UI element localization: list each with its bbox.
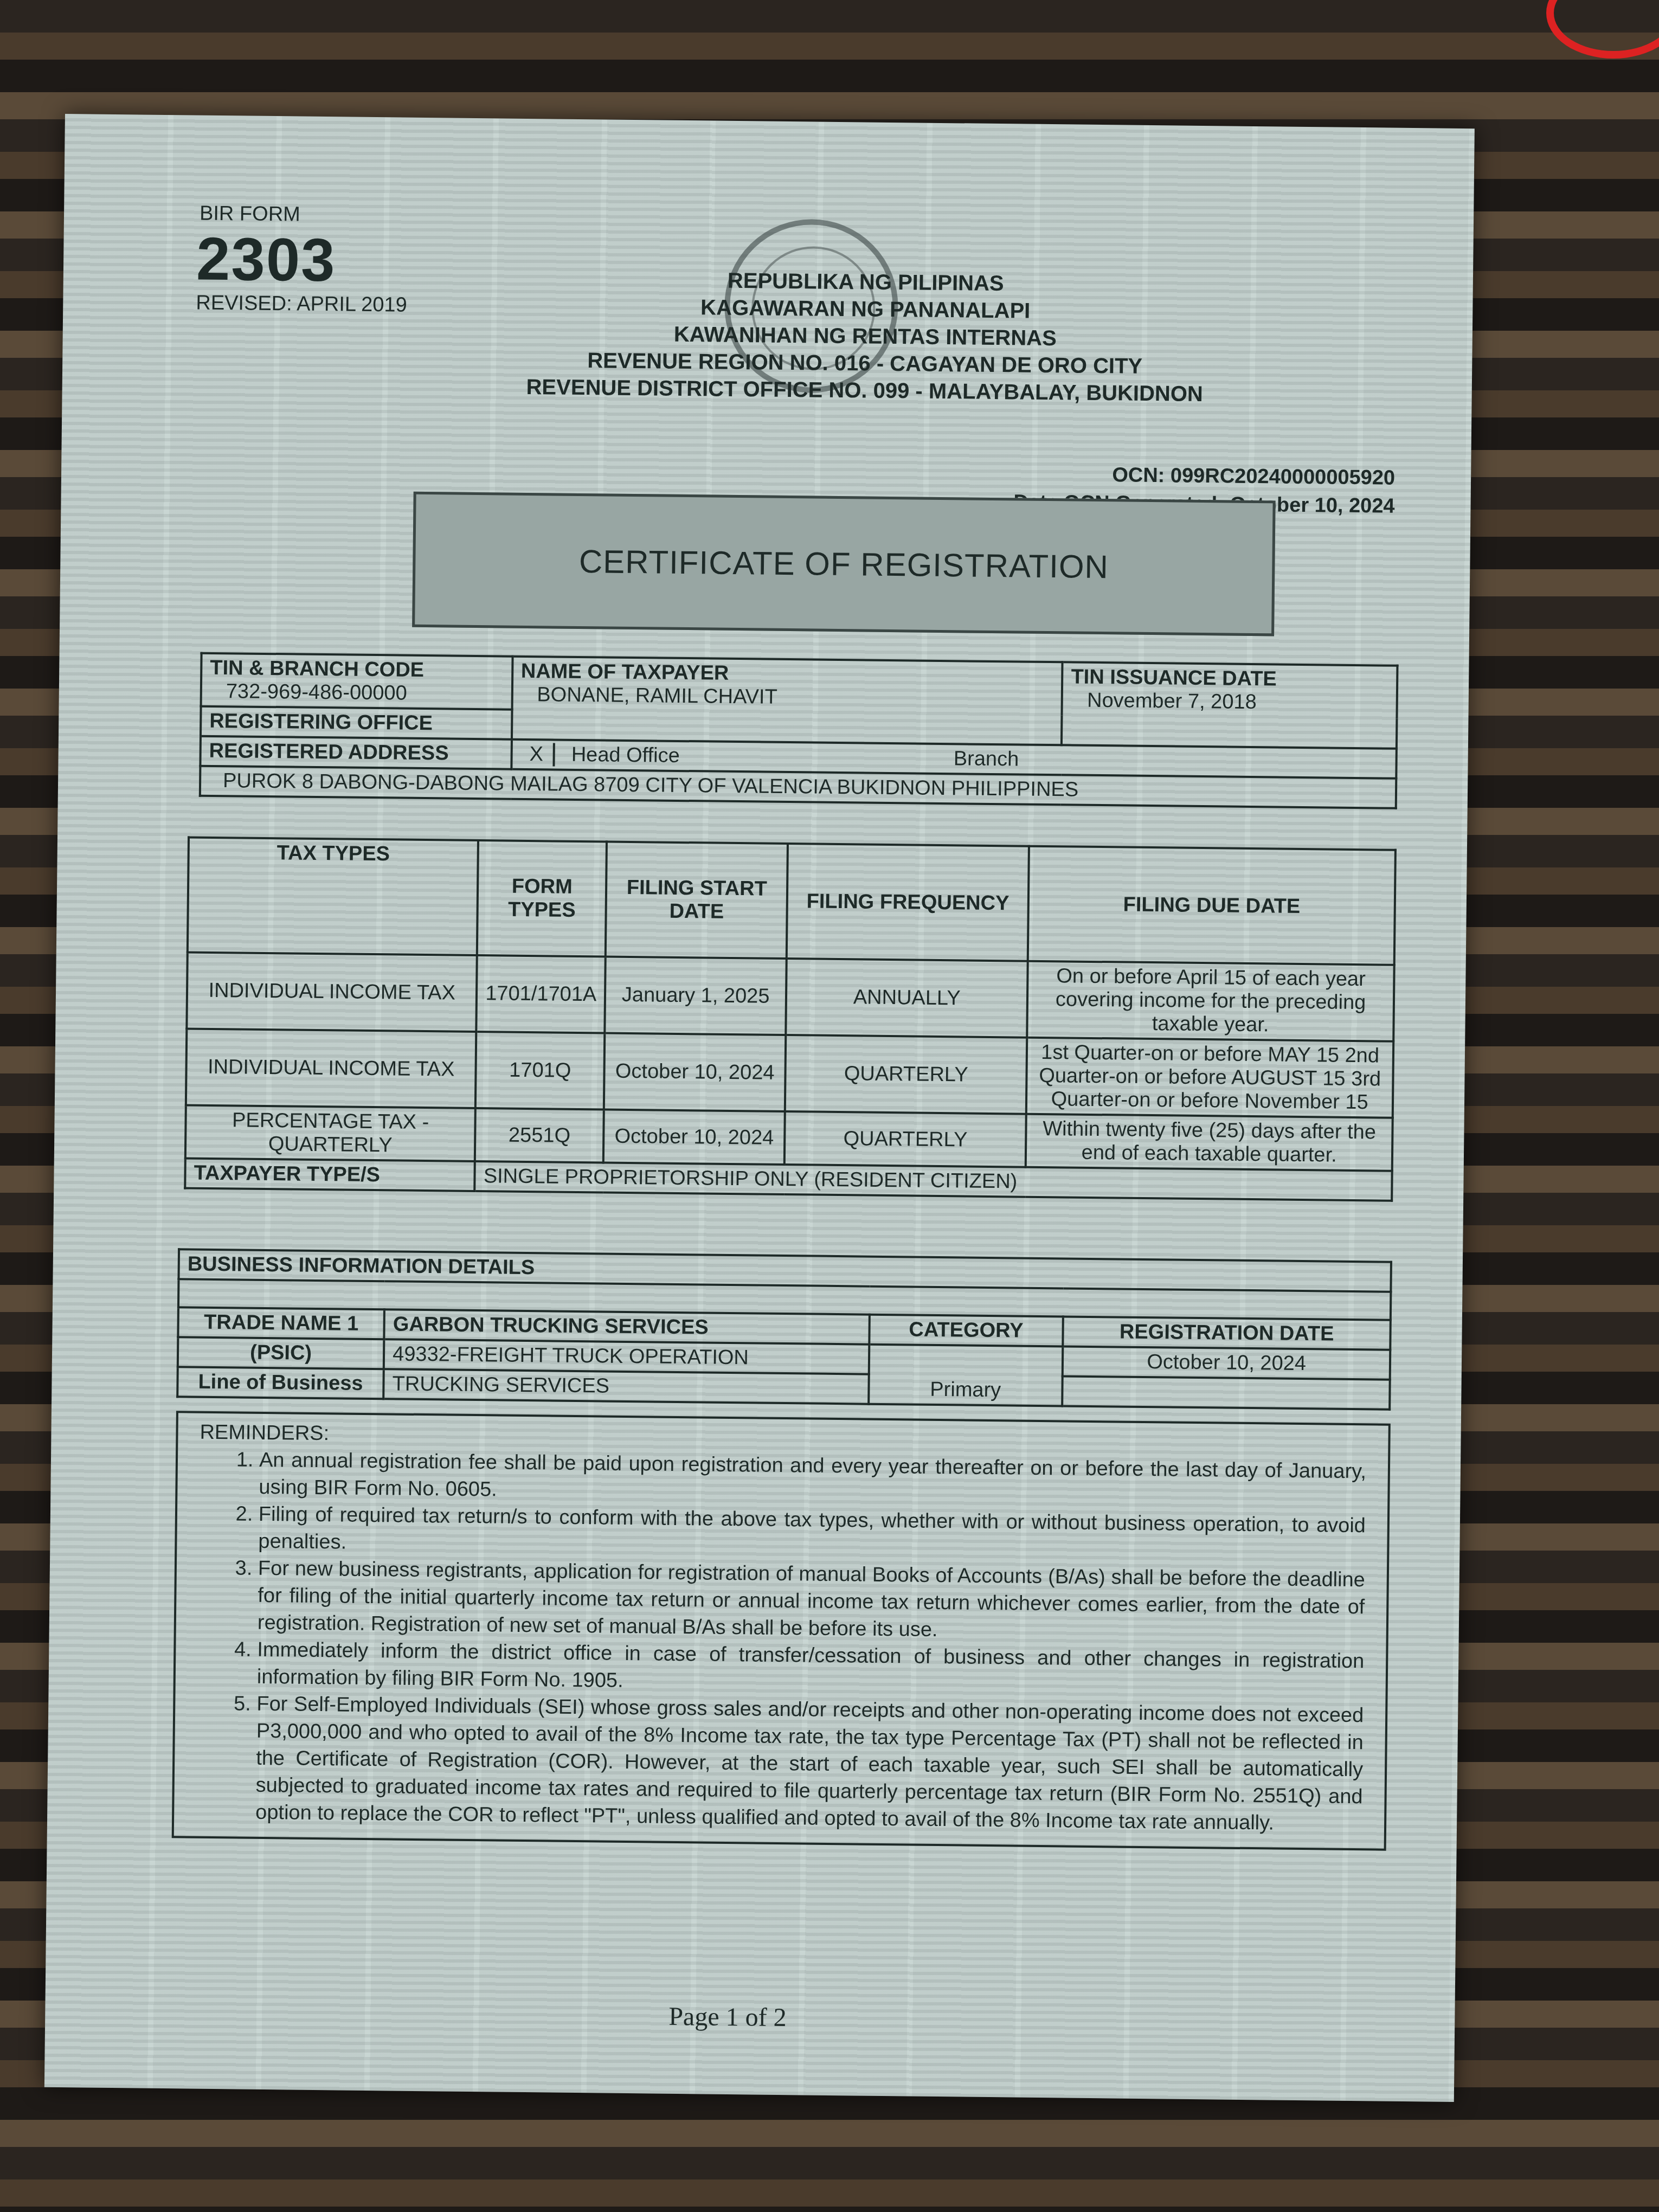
- tax-types-table: TAX TYPES FORM TYPES FILING START DATE F…: [184, 836, 1397, 1201]
- category-value: Primary: [869, 1345, 1063, 1406]
- form-type: 1701/1701A: [477, 955, 606, 1033]
- document-title: CERTIFICATE OF REGISTRATION: [412, 492, 1276, 636]
- taxpayer-info-table: TIN & BRANCH CODE 732-969-486-00000 NAME…: [199, 652, 1399, 809]
- table-header-row: TAX TYPES FORM TYPES FILING START DATE F…: [188, 837, 1396, 964]
- reminder-item: For Self-Employed Individuals (SEI) whos…: [255, 1690, 1364, 1837]
- reminder-item: For new business registrants, applicatio…: [258, 1555, 1365, 1648]
- filing-frequency: QUARTERLY: [785, 1111, 1026, 1167]
- reg-date-value: October 10, 2024: [1063, 1346, 1390, 1379]
- tin-label: TIN & BRANCH CODE: [210, 657, 504, 683]
- form-type: 2551Q: [475, 1108, 604, 1162]
- col-header: FILING DUE DATE: [1028, 846, 1396, 965]
- agency-header: REPUBLIKA NG PILIPINAS KAGAWARAN NG PANA…: [485, 265, 1246, 408]
- col-header: FILING START DATE: [606, 842, 788, 959]
- filing-start: October 10, 2024: [604, 1033, 786, 1111]
- registering-office-label: REGISTERING OFFICE: [201, 706, 512, 740]
- reminders-box: REMINDERS: An annual registration fee sh…: [172, 1411, 1391, 1850]
- filing-due: 1st Quarter-on or before MAY 15 2nd Quar…: [1026, 1038, 1393, 1118]
- branch-checkbox: [902, 764, 937, 765]
- psic-label: (PSIC): [178, 1337, 384, 1369]
- col-header: FORM TYPES: [477, 840, 607, 956]
- form-number: 2303: [196, 224, 336, 295]
- issuance-date: November 7, 2018: [1071, 689, 1388, 715]
- form-revision: REVISED: APRIL 2019: [196, 292, 407, 317]
- table-row: INDIVIDUAL INCOME TAX 1701Q October 10, …: [186, 1028, 1393, 1117]
- tin-value: 732-969-486-00000: [210, 680, 504, 706]
- reminders-list: An annual registration fee shall be paid…: [196, 1446, 1366, 1837]
- table-row: INDIVIDUAL INCOME TAX 1701/1701A January…: [187, 952, 1394, 1041]
- filing-due: On or before April 15 of each year cover…: [1027, 961, 1394, 1041]
- tax-type: INDIVIDUAL INCOME TAX: [186, 1028, 477, 1108]
- address-label: REGISTERED ADDRESS: [200, 736, 511, 769]
- taxpayer-type-label: TAXPAYER TYPE/S: [185, 1158, 475, 1191]
- filing-start: January 1, 2025: [605, 957, 787, 1035]
- form-type: 1701Q: [475, 1032, 605, 1109]
- col-header: FILING FREQUENCY: [787, 844, 1029, 961]
- business-info-table: BUSINESS INFORMATION DETAILS TRADE NAME …: [176, 1248, 1392, 1410]
- tax-type: INDIVIDUAL INCOME TAX: [187, 952, 477, 1032]
- ocn-number: OCN: 099RC20240000005920: [1014, 460, 1396, 492]
- head-office-label: Head Office: [571, 743, 680, 767]
- tax-type: PERCENTAGE TAX - QUARTERLY: [185, 1105, 475, 1161]
- line-value: TRUCKING SERVICES: [383, 1369, 869, 1404]
- category-label: CATEGORY: [869, 1315, 1063, 1347]
- trade-name-label: TRADE NAME 1: [178, 1307, 384, 1339]
- page-number: Page 1 of 2: [668, 2002, 787, 2033]
- filing-frequency: ANNUALLY: [786, 959, 1028, 1038]
- head-office-checkbox: X: [520, 743, 555, 767]
- filing-frequency: QUARTERLY: [785, 1035, 1027, 1114]
- certificate-document: BIR FORM 2303 REVISED: APRIL 2019 REPUBL…: [44, 114, 1475, 2102]
- branch-label: Branch: [954, 747, 1019, 770]
- filing-due: Within twenty five (25) days after the e…: [1026, 1114, 1393, 1171]
- red-cord: [1546, 0, 1659, 59]
- form-label: BIR FORM: [200, 202, 300, 227]
- reg-date-label: REGISTRATION DATE: [1063, 1316, 1391, 1349]
- filing-start: October 10, 2024: [603, 1110, 785, 1165]
- psic-value: 49332-FREIGHT TRUCK OPERATION: [384, 1339, 869, 1374]
- taxpayer-name: BONANE, RAMIL CHAVIT: [520, 683, 1053, 712]
- col-header: TAX TYPES: [188, 837, 478, 955]
- empty-cell: [1062, 1376, 1390, 1409]
- line-label: Line of Business: [177, 1367, 384, 1399]
- trade-name: GARBON TRUCKING SERVICES: [384, 1309, 869, 1344]
- issuance-label: TIN ISSUANCE DATE: [1071, 665, 1388, 692]
